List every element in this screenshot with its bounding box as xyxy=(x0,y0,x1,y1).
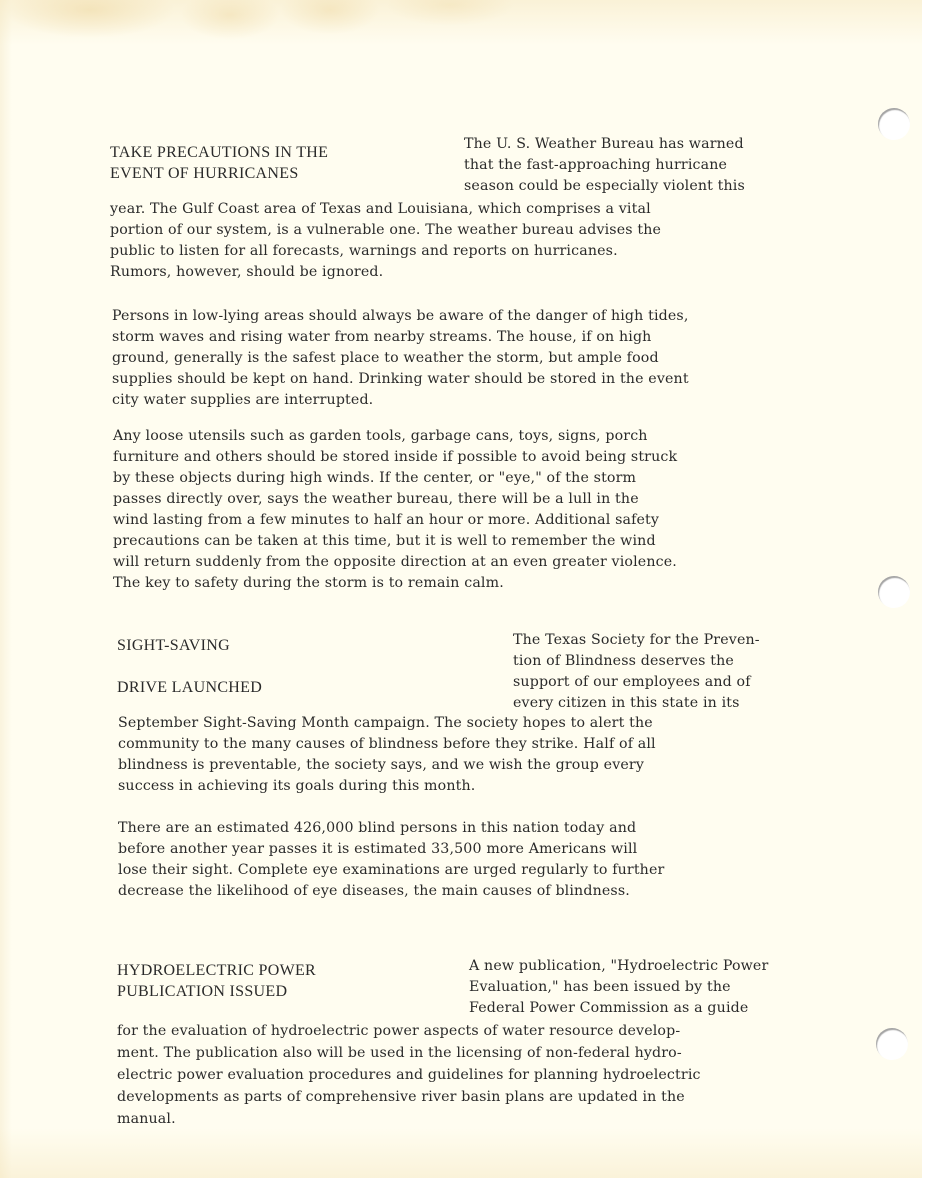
punch-hole-bottom xyxy=(876,1028,908,1060)
text-line: precautions can be taken at this time, b… xyxy=(113,531,677,552)
text-line: before another year passes it is estimat… xyxy=(118,839,664,860)
text-line: community to the many causes of blindnes… xyxy=(118,734,656,755)
text-line: city water supplies are interrupted. xyxy=(112,390,689,411)
text-line: supplies should be kept on hand. Drinkin… xyxy=(112,369,689,390)
text-line: storm waves and rising water from nearby… xyxy=(112,327,689,348)
text-line: The U. S. Weather Bureau has warned xyxy=(464,134,745,155)
text-line: Persons in low-lying areas should always… xyxy=(112,306,689,327)
heading-line: EVENT OF HURRICANES xyxy=(110,163,328,184)
hurricane-paragraph-3: Any loose utensils such as garden tools,… xyxy=(113,426,677,594)
heading-line: DRIVE LAUNCHED xyxy=(117,677,262,698)
hydroelectric-heading: HYDROELECTRIC POWER PUBLICATION ISSUED xyxy=(117,960,316,1002)
hurricane-heading: TAKE PRECAUTIONS IN THE EVENT OF HURRICA… xyxy=(110,142,328,184)
text-line: by these objects during high winds. If t… xyxy=(113,468,677,489)
text-line: electric power evaluation procedures and… xyxy=(117,1064,701,1086)
text-line: developments as parts of comprehensive r… xyxy=(117,1086,701,1108)
hurricane-body: year. The Gulf Coast area of Texas and L… xyxy=(110,199,661,283)
sight-saving-body: September Sight-Saving Month campaign. T… xyxy=(118,713,656,797)
text-line: public to listen for all forecasts, warn… xyxy=(110,241,661,262)
text-line: September Sight-Saving Month campaign. T… xyxy=(118,713,656,734)
text-line: A new publication, "Hydroelectric Power xyxy=(469,956,768,977)
text-line: There are an estimated 426,000 blind per… xyxy=(118,818,664,839)
text-line: support of our employees and of xyxy=(513,672,760,693)
document-page: TAKE PRECAUTIONS IN THE EVENT OF HURRICA… xyxy=(0,0,922,1178)
text-line: decrease the likelihood of eye diseases,… xyxy=(118,881,664,902)
text-line: lose their sight. Complete eye examinati… xyxy=(118,860,664,881)
hydroelectric-intro: A new publication, "Hydroelectric Power … xyxy=(469,956,768,1019)
text-line: Any loose utensils such as garden tools,… xyxy=(113,426,677,447)
heading-line: HYDROELECTRIC POWER xyxy=(117,960,316,981)
text-line: Evaluation," has been issued by the xyxy=(469,977,768,998)
text-line: wind lasting from a few minutes to half … xyxy=(113,510,677,531)
punch-hole-middle xyxy=(878,576,910,608)
hurricane-paragraph-2: Persons in low-lying areas should always… xyxy=(112,306,689,411)
text-line: The key to safety during the storm is to… xyxy=(113,573,677,594)
text-line: will return suddenly from the opposite d… xyxy=(113,552,677,573)
sight-saving-intro: The Texas Society for the Preven- tion o… xyxy=(513,630,760,714)
sight-saving-heading: SIGHT-SAVING DRIVE LAUNCHED xyxy=(117,635,262,698)
text-line: The Texas Society for the Preven- xyxy=(513,630,760,651)
text-line: furniture and others should be stored in… xyxy=(113,447,677,468)
text-line: success in achieving its goals during th… xyxy=(118,776,656,797)
hydroelectric-body: for the evaluation of hydroelectric powe… xyxy=(117,1020,701,1130)
text-line: for the evaluation of hydroelectric powe… xyxy=(117,1020,701,1042)
heading-line: TAKE PRECAUTIONS IN THE xyxy=(110,142,328,163)
text-line: portion of our system, is a vulnerable o… xyxy=(110,220,661,241)
text-line: ment. The publication also will be used … xyxy=(117,1042,701,1064)
text-line: Rumors, however, should be ignored. xyxy=(110,262,661,283)
text-line: ground, generally is the safest place to… xyxy=(112,348,689,369)
text-line: blindness is preventable, the society sa… xyxy=(118,755,656,776)
sight-saving-paragraph-2: There are an estimated 426,000 blind per… xyxy=(118,818,664,902)
text-line: every citizen in this state in its xyxy=(513,693,760,714)
heading-line: PUBLICATION ISSUED xyxy=(117,981,316,1002)
text-line: that the fast-approaching hurricane xyxy=(464,155,745,176)
text-line: tion of Blindness deserves the xyxy=(513,651,760,672)
text-line: manual. xyxy=(117,1108,701,1130)
hurricane-intro: The U. S. Weather Bureau has warned that… xyxy=(464,134,745,197)
punch-hole-top xyxy=(878,108,910,140)
heading-line: SIGHT-SAVING xyxy=(117,635,262,656)
text-line: season could be especially violent this xyxy=(464,176,745,197)
text-line: Federal Power Commission as a guide xyxy=(469,998,768,1019)
text-line: passes directly over, says the weather b… xyxy=(113,489,677,510)
text-line: year. The Gulf Coast area of Texas and L… xyxy=(110,199,661,220)
